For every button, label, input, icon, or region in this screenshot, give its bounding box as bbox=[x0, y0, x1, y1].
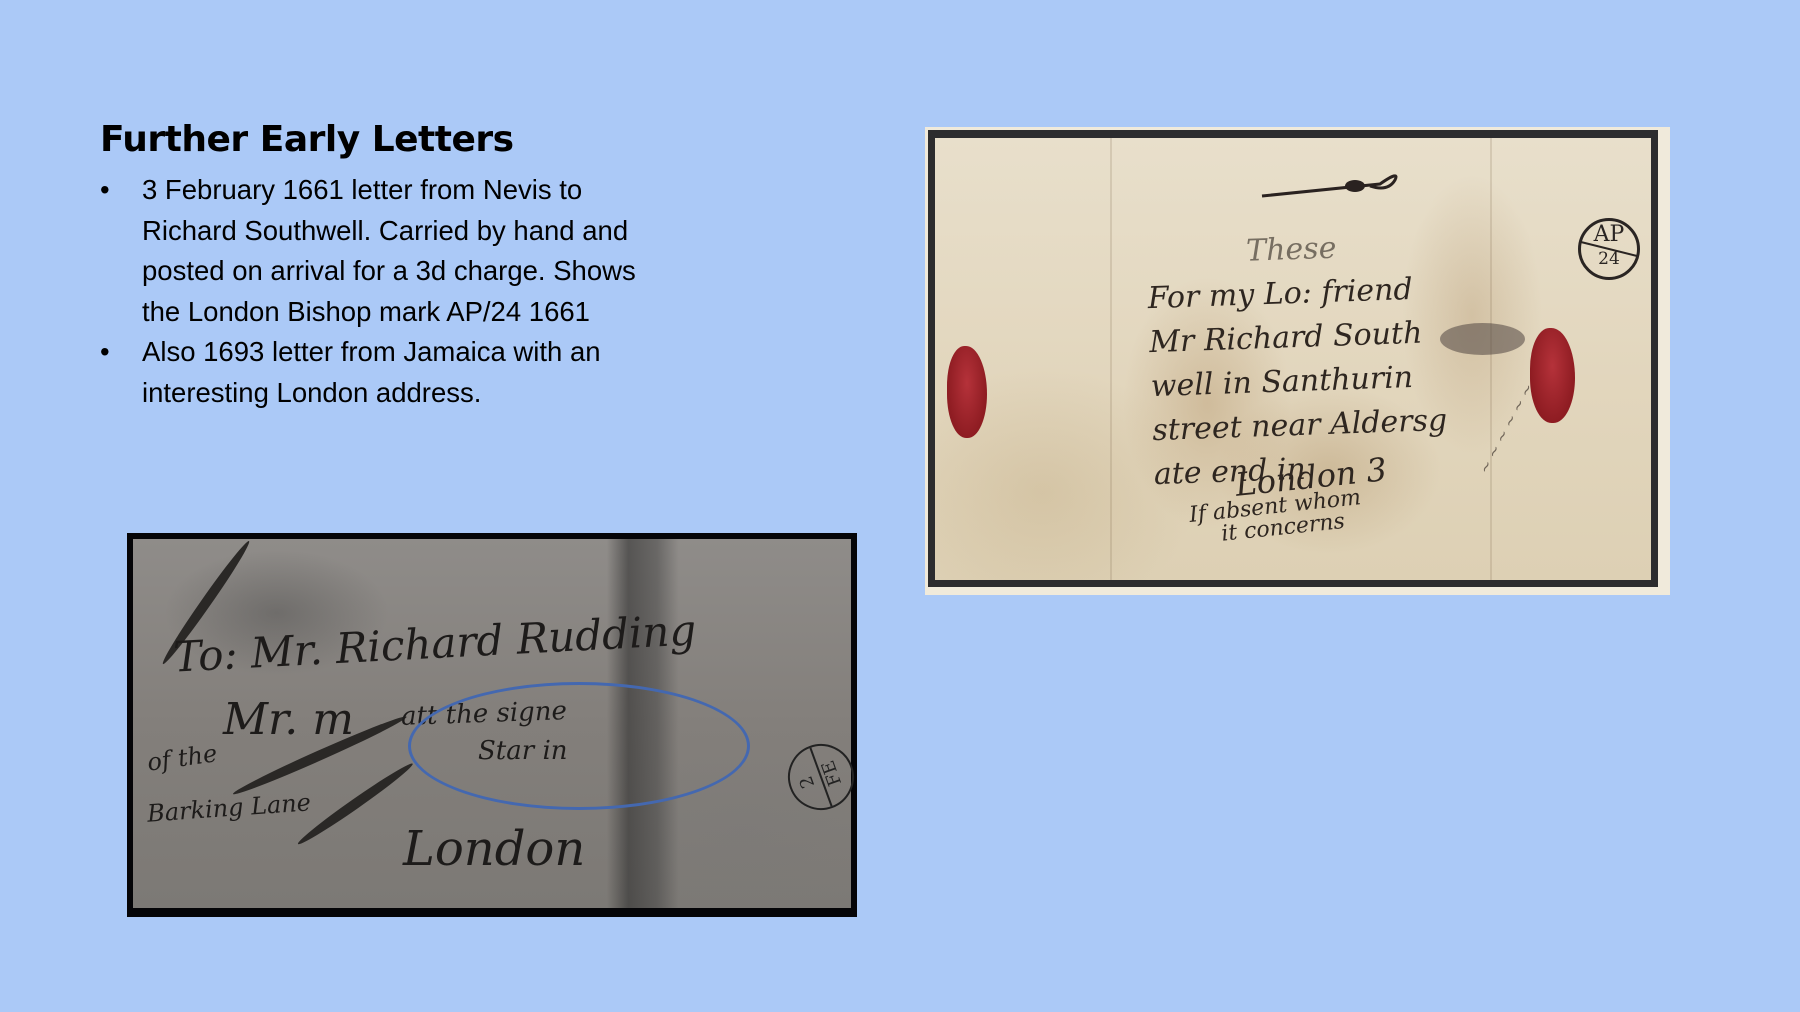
ink-blot bbox=[1440, 323, 1525, 355]
photo-frame: These For my Lo: friend Mr Richard South… bbox=[928, 130, 1658, 587]
address-highlight-ellipse bbox=[408, 682, 750, 810]
handwriting-line: To: Mr. Richard Rudding bbox=[172, 605, 697, 681]
pen-stroke bbox=[295, 760, 415, 848]
fold-line bbox=[1490, 138, 1492, 580]
handwriting-footnote: If absent whom it concerns bbox=[1188, 487, 1364, 549]
letter-1661-photo: These For my Lo: friend Mr Richard South… bbox=[925, 127, 1670, 595]
margin-notes: ~ ~ ~ ~ ~ ~ bbox=[1475, 380, 1537, 476]
bishop-mark-postmark: 2 FE bbox=[779, 735, 857, 820]
bullet-text: 3 February 1661 letter from Nevis to Ric… bbox=[142, 174, 636, 327]
bullet-item: • 3 February 1661 letter from Nevis to R… bbox=[100, 170, 680, 332]
handwriting-line: London bbox=[403, 821, 585, 877]
photo-content: To: Mr. Richard Rudding Mr. m att the si… bbox=[133, 539, 851, 908]
bullet-item: • Also 1693 letter from Jamaica with an … bbox=[100, 332, 680, 413]
handwriting-line: of the bbox=[145, 739, 218, 777]
handwriting-line: Barking Lane bbox=[146, 788, 312, 827]
pen-flourish-icon bbox=[1260, 166, 1410, 206]
slide-title: Further Early Letters bbox=[100, 118, 514, 162]
wax-seal-icon bbox=[947, 346, 987, 438]
slide: Further Early Letters • 3 February 1661 … bbox=[0, 0, 1800, 1012]
bullet-list: • 3 February 1661 letter from Nevis to R… bbox=[100, 170, 680, 414]
fold-line bbox=[1110, 138, 1112, 580]
bullet-icon: • bbox=[100, 332, 120, 373]
bullet-text: Also 1693 letter from Jamaica with an in… bbox=[142, 336, 601, 408]
letter-1693-photo: To: Mr. Richard Rudding Mr. m att the si… bbox=[127, 533, 857, 917]
wax-seal-icon bbox=[1530, 328, 1575, 423]
bishop-mark-postmark: AP 24 bbox=[1578, 218, 1640, 280]
handwriting-line: Mr. m bbox=[223, 694, 354, 745]
address-handwriting: These For my Lo: friend Mr Richard South… bbox=[1145, 223, 1449, 497]
postmark-day: 24 bbox=[1581, 250, 1637, 268]
bullet-icon: • bbox=[100, 170, 120, 211]
